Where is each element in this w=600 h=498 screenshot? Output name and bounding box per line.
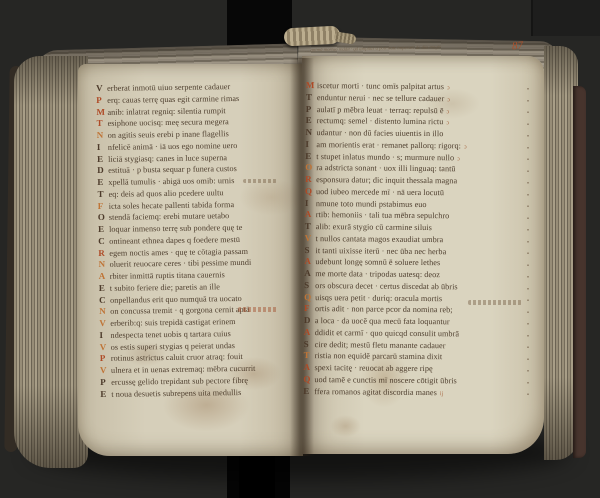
- line-text: nmune toto mundi pstabimus euo: [316, 199, 427, 209]
- line-initial: V: [100, 365, 109, 377]
- line-initial: Q: [303, 374, 312, 386]
- line-text: it tanti uixisse iterū · nec ūba nec her…: [315, 246, 446, 256]
- backdrop-seam: [531, 0, 533, 36]
- line-initial: I: [99, 330, 108, 342]
- line-text: erberib:q: suis trepidā castigat erinem: [110, 317, 235, 328]
- line-initial: P: [100, 377, 109, 389]
- line-text: spexi tacitę · reuocat ab aggere ripę: [314, 363, 432, 373]
- line-initial: E: [98, 224, 107, 236]
- line-initial: Q: [304, 291, 313, 303]
- line-text: esiphone uocisq: meę secura megera: [108, 117, 229, 128]
- manuscript-line: Effera romanos agitat discordia manesij: [303, 385, 464, 398]
- line-text: enduntur nerui · nec se tellure cadauer: [317, 93, 445, 103]
- line-initial: R: [305, 174, 314, 186]
- line-initial: S: [304, 244, 313, 256]
- line-initial: C: [99, 294, 108, 306]
- line-initial: A: [303, 362, 312, 374]
- line-text: on agitis seuis erebi p inane flagellis: [108, 129, 229, 140]
- line-initial: P: [306, 103, 315, 115]
- line-text: t nullos cantata magos exaudiat umbra: [316, 234, 444, 244]
- line-initial: O: [98, 212, 107, 224]
- manuscript-line: Miscetur morti · tunc omīs palpitat artu…: [306, 80, 467, 93]
- backdrop-panel-right: [533, 0, 600, 36]
- line-text: egem noctis ames · quę te cōtagia passam: [109, 246, 248, 257]
- line-initial: I: [305, 139, 314, 151]
- line-initial: V: [99, 318, 108, 330]
- line-initial: E: [305, 150, 314, 162]
- line-text: udebunt longę somnū ē soluere lethes: [315, 257, 440, 267]
- manuscript-line: Aspexi tacitę · reuocat ab aggere ripę: [303, 362, 464, 375]
- manuscript-line: Da loca · da uocē qua mecū fata loquantu…: [304, 315, 465, 328]
- line-initial: S: [304, 280, 313, 292]
- manuscript-line: Addidit et carmī · quo quicqd consulit u…: [304, 327, 465, 340]
- line-end-mark: ɔ: [447, 109, 450, 115]
- line-text: aulatī p mēbra leuat · terraq: repulsū ē: [317, 105, 444, 115]
- line-text: erberat inmotū uiuo serpente cadauer: [107, 82, 230, 93]
- line-text: t subito feriere die; paretis an ille: [110, 282, 220, 293]
- manuscript-line: Infelicē animā · iā uos ego nomine uero: [97, 140, 256, 154]
- line-text: a loca · da uocē qua mecū fata loquantur: [315, 316, 450, 326]
- manuscript-line: Ame morte data · tripodas uatesq: deoz: [304, 268, 465, 281]
- line-text: uod tamē e cunctis mī noscere cōtigit ūb…: [314, 375, 457, 385]
- line-initial: V: [305, 233, 314, 245]
- line-text: iscetur morti · tunc omīs palpitat artus: [317, 81, 444, 91]
- manuscript-line: Responsura datur; dic inquit thessala ma…: [305, 174, 466, 187]
- line-initial: F: [304, 303, 313, 315]
- manuscript-line: Nudantur · non dū facies uiuentis in ill…: [305, 127, 466, 140]
- line-initial: E: [99, 283, 108, 295]
- manuscript-line: Iam morientis erat · remanet pallorq: ri…: [305, 139, 466, 152]
- manuscript-line: Tenduntur nerui · nec se tellure cadauer…: [306, 92, 467, 105]
- marginal-gloss-red: [238, 307, 278, 312]
- line-text: ercussę gelido trepidant sub pectore fib…: [111, 376, 248, 387]
- line-text: uod iubeo mercede mī · nā uera locutū: [316, 187, 444, 197]
- line-initial: Q: [305, 186, 314, 198]
- line-end-mark: ij: [440, 391, 443, 397]
- line-text: xpellā tumulis · abigā uos omib: urnis: [108, 176, 234, 187]
- line-initial: T: [304, 350, 313, 362]
- line-initial: A: [304, 327, 313, 339]
- line-end-mark: ɔ: [457, 156, 460, 162]
- page-block-left-edge: [14, 56, 88, 468]
- line-text: ulnera et in uenas extremaq: mēbra cucur…: [111, 364, 256, 375]
- manuscript-line: Vt nullos cantata magos exaudiat umbra: [305, 233, 466, 246]
- line-initial: E: [306, 115, 315, 127]
- line-text: estituā · p busta sequar p funera custos: [108, 164, 237, 175]
- line-text: rotinus astrictus caluit cruor atraq: fo…: [111, 352, 243, 363]
- line-text: oluerit reuocare ceres · tibi pessime mu…: [109, 258, 251, 269]
- marginal-gloss: [243, 179, 277, 183]
- line-text: am morientis erat · remanet pallorq: rig…: [316, 140, 461, 150]
- line-initial: N: [305, 127, 314, 139]
- right-page-text: Miscetur morti · tunc omīs palpitat artu…: [303, 80, 467, 399]
- line-text: ra adstricta sonant · uox illi linguaq: …: [316, 163, 455, 173]
- line-end-mark: ɔ: [464, 144, 467, 150]
- folio-number: 87: [512, 40, 524, 53]
- line-initial: N: [97, 130, 106, 142]
- line-initial: D: [304, 315, 313, 327]
- manuscript-line: Expellā tumulis · abigā uos omib: urnis: [97, 175, 256, 189]
- manuscript-line: Et noua desuetis subrepens uita medullis: [100, 386, 259, 400]
- line-text: uisqs uera petit · duriq: oracula mortis: [315, 293, 442, 303]
- line-initial: E: [100, 388, 109, 400]
- line-initial: F: [98, 200, 107, 212]
- line-text: stendā faciemq: erebi mutare uetabo: [109, 211, 230, 222]
- line-initial: O: [305, 162, 314, 174]
- line-initial: E: [97, 153, 106, 165]
- line-text: t stupet inlatus mundo · s; murmure null…: [316, 152, 454, 162]
- line-initial: T: [97, 189, 106, 201]
- manuscript-line: Talib: exurā stygio cū carmine siluis: [305, 221, 466, 234]
- pricking-holes: [527, 88, 529, 400]
- line-initial: M: [306, 80, 315, 92]
- line-text: ddidit et carmī · quo quicqd consulit um…: [315, 328, 459, 338]
- line-text: esponsura datur; dic inquit thessala mag…: [316, 175, 457, 185]
- manuscript-line: Verberib:q: suis trepidā castigat erinem: [99, 316, 258, 330]
- line-text: rbiter inmittā ruptis titana cauernis: [110, 270, 225, 281]
- manuscript-line: Quod iubeo mercede mī · nā uera locutū: [305, 186, 466, 199]
- line-initial: N: [99, 306, 108, 318]
- line-initial: P: [100, 353, 109, 365]
- line-text: loquar inmenso terrę sub pondere quę te: [109, 223, 242, 234]
- line-text: cire dedit; mestū fletu manante cadauer: [315, 340, 446, 350]
- line-end-mark: ɔ: [446, 120, 449, 126]
- line-end-mark: ɔ: [447, 85, 450, 91]
- line-text: anib: inlatrat regniq: silentia rumpit: [107, 106, 225, 117]
- line-initial: R: [98, 247, 107, 259]
- line-initial: V: [96, 83, 105, 95]
- line-text: ffera romanos agitat discordia manes: [314, 387, 437, 397]
- line-initial: E: [97, 177, 106, 189]
- line-end-mark: ɔ: [447, 97, 450, 103]
- line-text: ontineant ethnea dapes q foedere mestū: [109, 235, 240, 246]
- line-initial: M: [96, 106, 105, 118]
- line-text: rtib: hemoniis · tali tua mēbra sepulchr…: [316, 210, 450, 220]
- manuscript-line: Sors obscura decet · certus discedat ab …: [304, 280, 465, 293]
- line-text: alib: exurā stygio cū carmine siluis: [316, 222, 432, 232]
- line-initial: A: [99, 271, 108, 283]
- line-text: me morte data · tripodas uatesq: deoz: [315, 269, 440, 279]
- line-text: nfelicē animā · iā uos ego nomine uero: [108, 141, 238, 152]
- line-text: rectumq: semel · distento lumina rictu: [317, 116, 444, 126]
- line-text: liciā stygiasq: canes in luce superna: [108, 153, 227, 164]
- line-text: ristia non equidē parcarū stamina dixit: [315, 351, 443, 361]
- book-cover-right-edge: [573, 86, 586, 458]
- left-page-text: Verberat inmotū uiuo serpente cadauerPer…: [96, 81, 259, 400]
- line-initial: A: [304, 268, 313, 280]
- line-initial: V: [100, 341, 109, 353]
- line-text: ortis adit · non parce pcor da nomina re…: [315, 304, 453, 314]
- line-text: onpellandus erit quo numquā tra uocato: [110, 293, 242, 304]
- manuscript-photograph: … animā mortuo reddit · qd amplius a pot…: [0, 0, 600, 498]
- headband: [284, 26, 341, 47]
- line-text: os estis superi stygias q peierat undas: [111, 341, 235, 352]
- line-initial: C: [98, 236, 107, 248]
- line-text: ors obscura decet · certus discedat ab ū…: [315, 281, 458, 291]
- line-text: ndespecta tenet uobis q tartara cuius: [110, 329, 230, 340]
- marginal-gloss: [468, 300, 522, 305]
- line-text: on concussa tremit · q gorgona cernit ap…: [110, 305, 250, 316]
- line-text: udantur · non dū facies uiuentis in illo: [317, 128, 444, 138]
- line-initial: A: [304, 256, 313, 268]
- line-initial: T: [96, 118, 105, 130]
- line-initial: I: [97, 142, 106, 154]
- line-text: eq: deis ad quos alio pcedere uultu: [108, 188, 223, 199]
- line-initial: A: [305, 209, 314, 221]
- line-text: t noua desuetis subrepens uita medullis: [111, 388, 241, 399]
- line-initial: P: [96, 95, 105, 107]
- manuscript-line: Perq: cauas terrę quas egit carmine rima…: [96, 93, 255, 107]
- line-initial: T: [305, 221, 314, 233]
- manuscript-line: Quod tamē e cunctis mī noscere cōtigit ū…: [303, 374, 464, 387]
- line-initial: S: [304, 338, 313, 350]
- line-initial: T: [306, 92, 315, 104]
- line-initial: I: [305, 197, 314, 209]
- line-text: erq: cauas terrę quas egit carmine rimas: [107, 94, 239, 105]
- line-text: icta soles hecate pallenti tabida forma: [109, 200, 235, 211]
- line-initial: E: [303, 385, 312, 397]
- line-initial: D: [97, 165, 106, 177]
- line-initial: N: [98, 259, 107, 271]
